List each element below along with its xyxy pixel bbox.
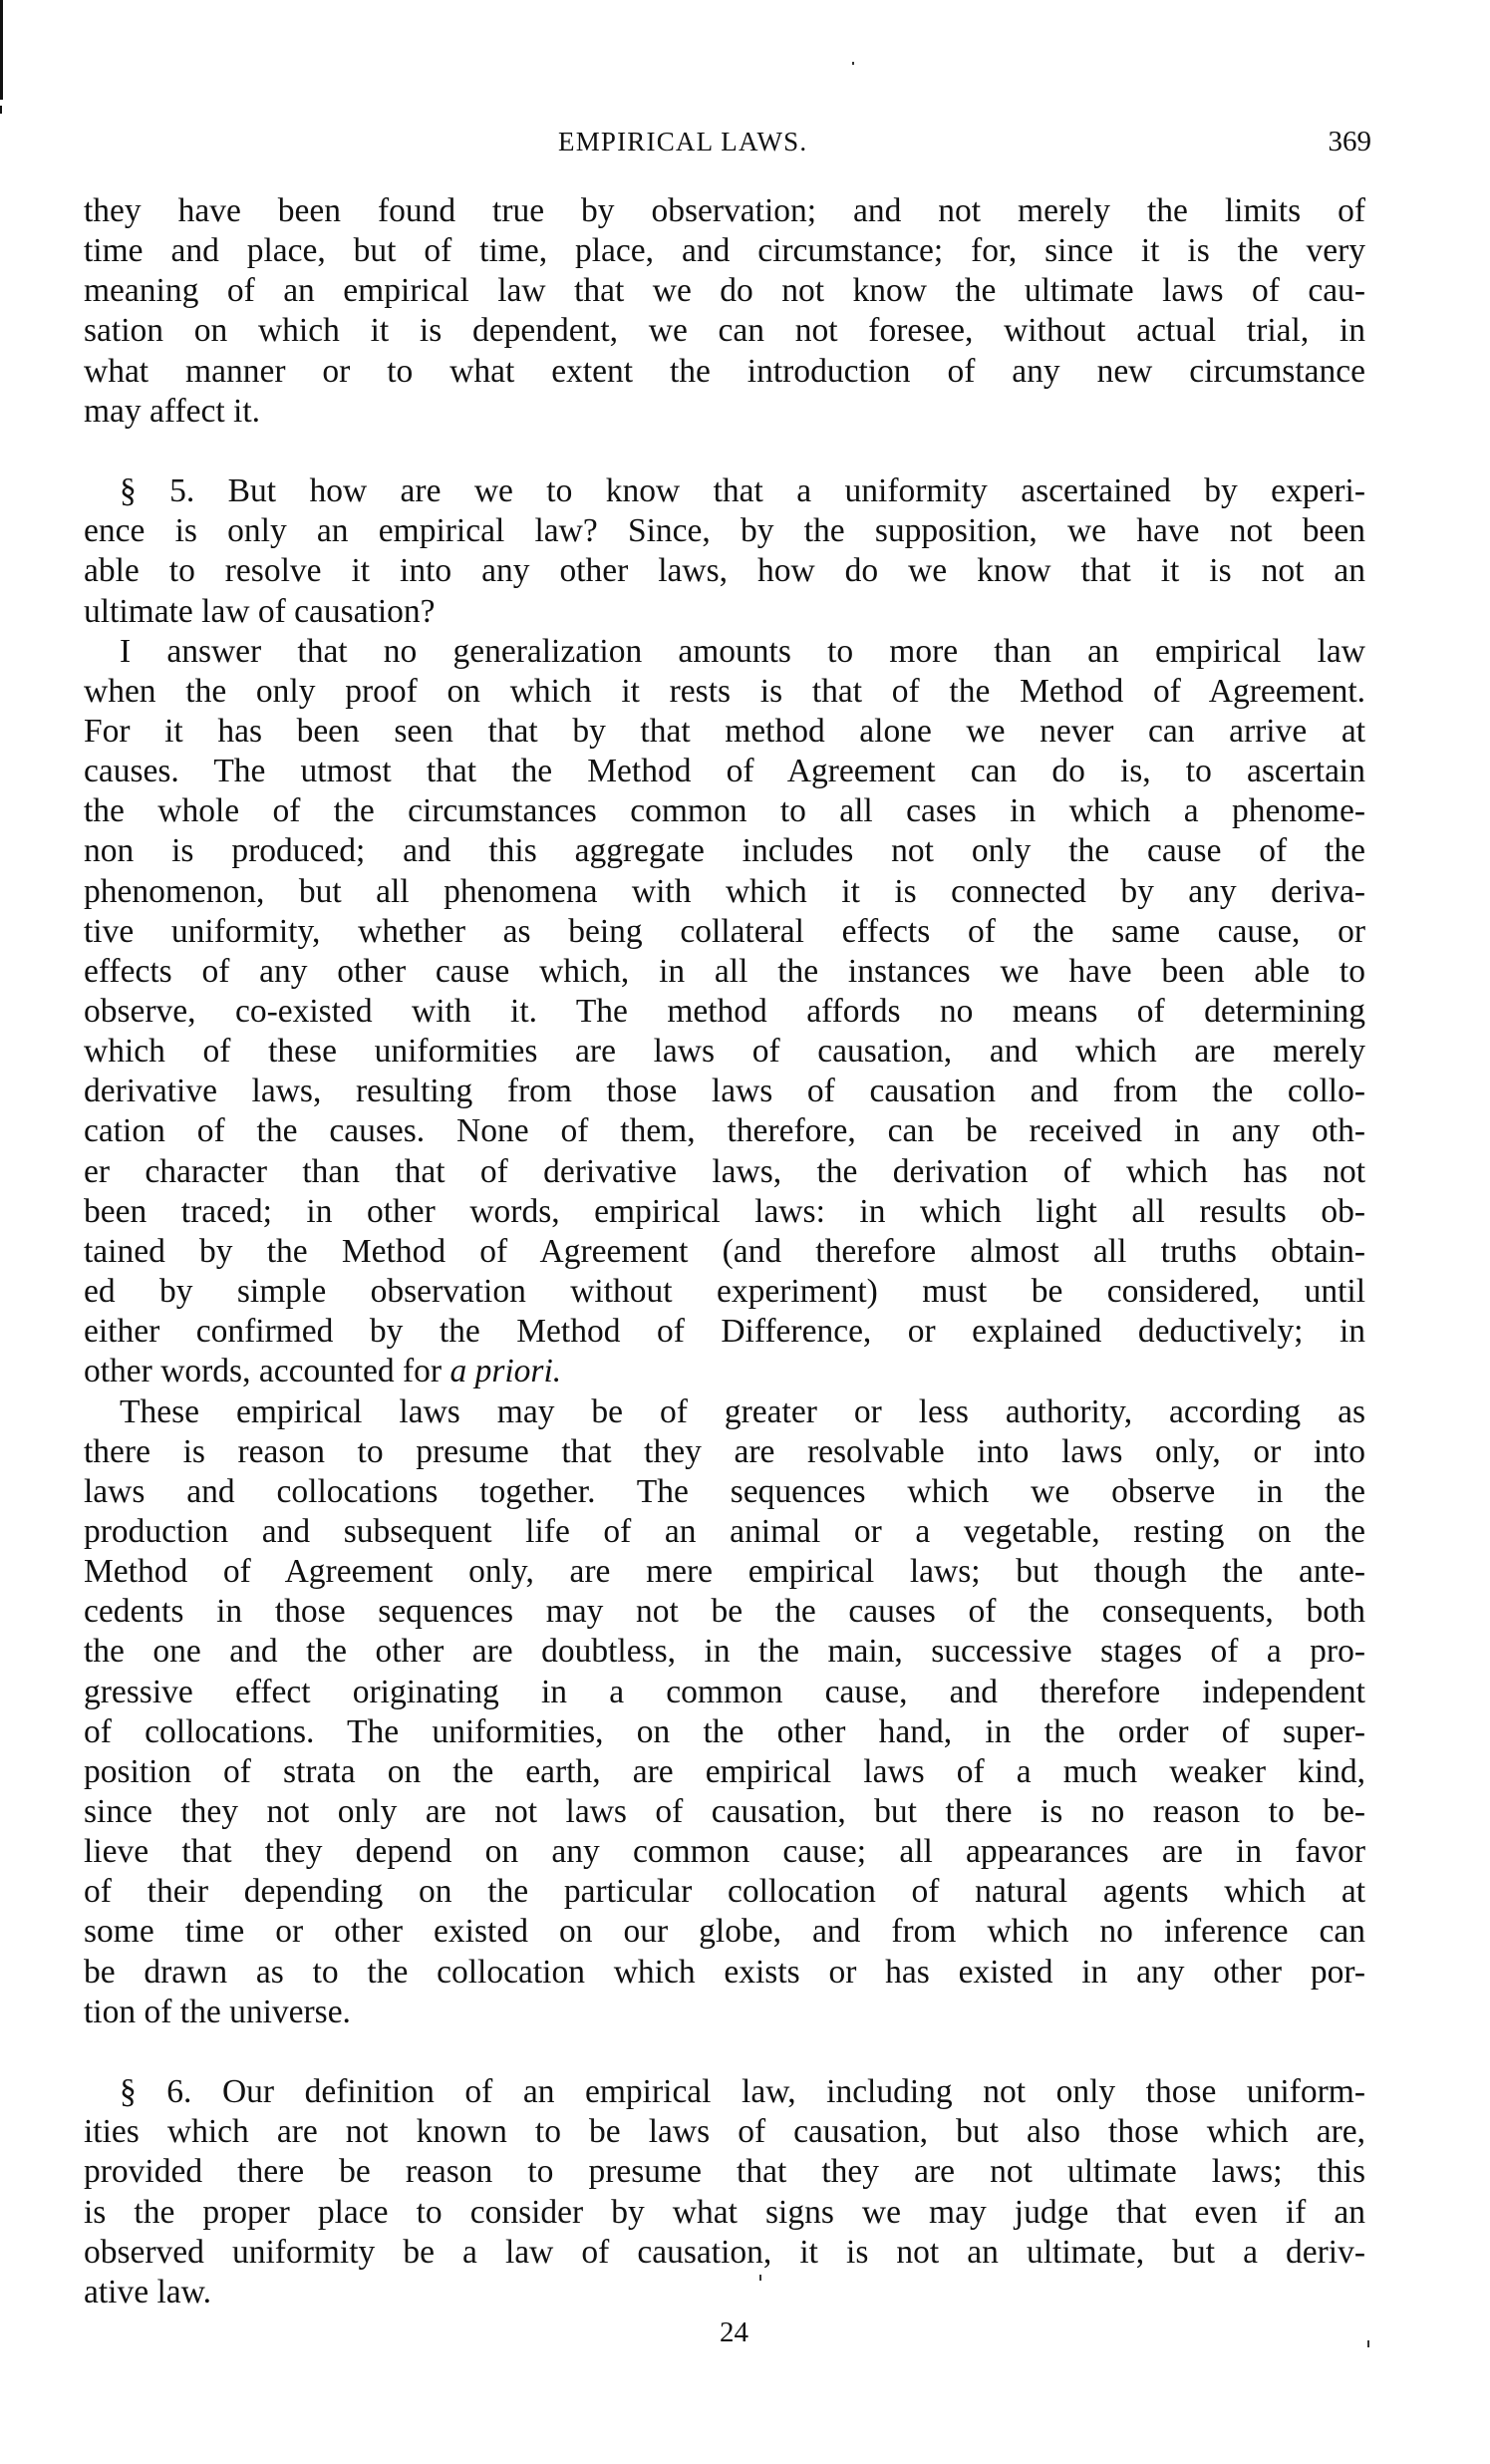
text-line: cedents in those sequences may not be th…: [84, 1592, 1365, 1632]
text-line: what manner or to what extent the introd…: [84, 352, 1365, 392]
print-speck: [852, 62, 854, 65]
text-line: is the proper place to consider by what …: [84, 2193, 1365, 2233]
text-line: lieve that they depend on any common cau…: [84, 1832, 1365, 1872]
text-line: cation of the causes. None of them, ther…: [84, 1111, 1365, 1151]
text-line: they have been found true by observation…: [84, 191, 1365, 231]
text-line: production and subsequent life of an ani…: [84, 1512, 1365, 1552]
italic-phrase: a priori.: [449, 1353, 561, 1389]
text-line: of collocations. The uniformities, on th…: [84, 1712, 1365, 1752]
body-text: they have been found true by observation…: [0, 0, 1490, 2464]
text-line: be drawn as to the collocation which exi…: [84, 1953, 1365, 1993]
text-line: observed uniformity be a law of causatio…: [84, 2233, 1365, 2273]
text-line: tained by the Method of Agreement (and t…: [84, 1232, 1365, 1272]
text-line: of their depending on the particular col…: [84, 1872, 1365, 1912]
text-line: ative law.: [84, 2273, 1365, 2312]
text-line: since they not only are not laws of caus…: [84, 1792, 1365, 1832]
text-line: § 6. Our definition of an empirical law,…: [120, 2072, 1365, 2112]
text-line: other words, accounted for a priori.: [84, 1352, 1365, 1391]
text-line: ultimate law of causation?: [84, 592, 1365, 632]
text-line: These empirical laws may be of greater o…: [120, 1392, 1365, 1432]
text-line: may affect it.: [84, 392, 1365, 432]
text-line: gressive effect originating in a common …: [84, 1673, 1365, 1712]
text-line: non is produced; and this aggregate incl…: [84, 831, 1365, 871]
text-line: For it has been seen that by that method…: [84, 712, 1365, 752]
text-line: effects of any other cause which, in all…: [84, 952, 1365, 992]
text-line: phenomenon, but all phenomena with which…: [84, 872, 1365, 912]
text-line: § 5. But how are we to know that a unifo…: [120, 471, 1365, 511]
text-line: time and place, but of time, place, and …: [84, 231, 1365, 271]
text-line: ities which are not known to be laws of …: [84, 2112, 1365, 2152]
text-line: observe, co-existed with it. The method …: [84, 992, 1365, 1032]
text-line: which of these uniformities are laws of …: [84, 1032, 1365, 1072]
text-line: ence is only an empirical law? Since, by…: [84, 511, 1365, 551]
text-line: tive uniformity, whether as being collat…: [84, 912, 1365, 952]
text-line: tion of the universe.: [84, 1993, 1365, 2032]
text-line: Method of Agreement only, are mere empir…: [84, 1552, 1365, 1592]
text-line: been traced; in other words, empirical l…: [84, 1192, 1365, 1232]
text-line: there is reason to presume that they are…: [84, 1432, 1365, 1472]
text-line: the one and the other are doubtless, in …: [84, 1632, 1365, 1672]
text-line: either confirmed by the Method of Differ…: [84, 1312, 1365, 1352]
text-line: sation on which it is dependent, we can …: [84, 311, 1365, 351]
text-line: meaning of an empirical law that we do n…: [84, 271, 1365, 311]
text-line: er character than that of derivative law…: [84, 1152, 1365, 1192]
text-line: able to resolve it into any other laws, …: [84, 551, 1365, 591]
text-line: I answer that no generalization amounts …: [120, 632, 1365, 672]
text-line: causes. The utmost that the Method of Ag…: [84, 752, 1365, 791]
text-line: when the only proof on which it rests is…: [84, 672, 1365, 712]
print-speck: [1367, 2340, 1369, 2347]
signature-mark: 24: [720, 2314, 765, 2350]
text-line: the whole of the circumstances common to…: [84, 791, 1365, 831]
print-speck: [759, 2275, 761, 2281]
text-line: provided there be reason to presume that…: [84, 2152, 1365, 2192]
text-line: position of strata on the earth, are emp…: [84, 1752, 1365, 1792]
text-line: laws and collocations together. The sequ…: [84, 1472, 1365, 1512]
text-line: derivative laws, resulting from those la…: [84, 1072, 1365, 1111]
text-line: some time or other existed on our globe,…: [84, 1912, 1365, 1952]
text-line: ed by simple observation without experim…: [84, 1272, 1365, 1312]
